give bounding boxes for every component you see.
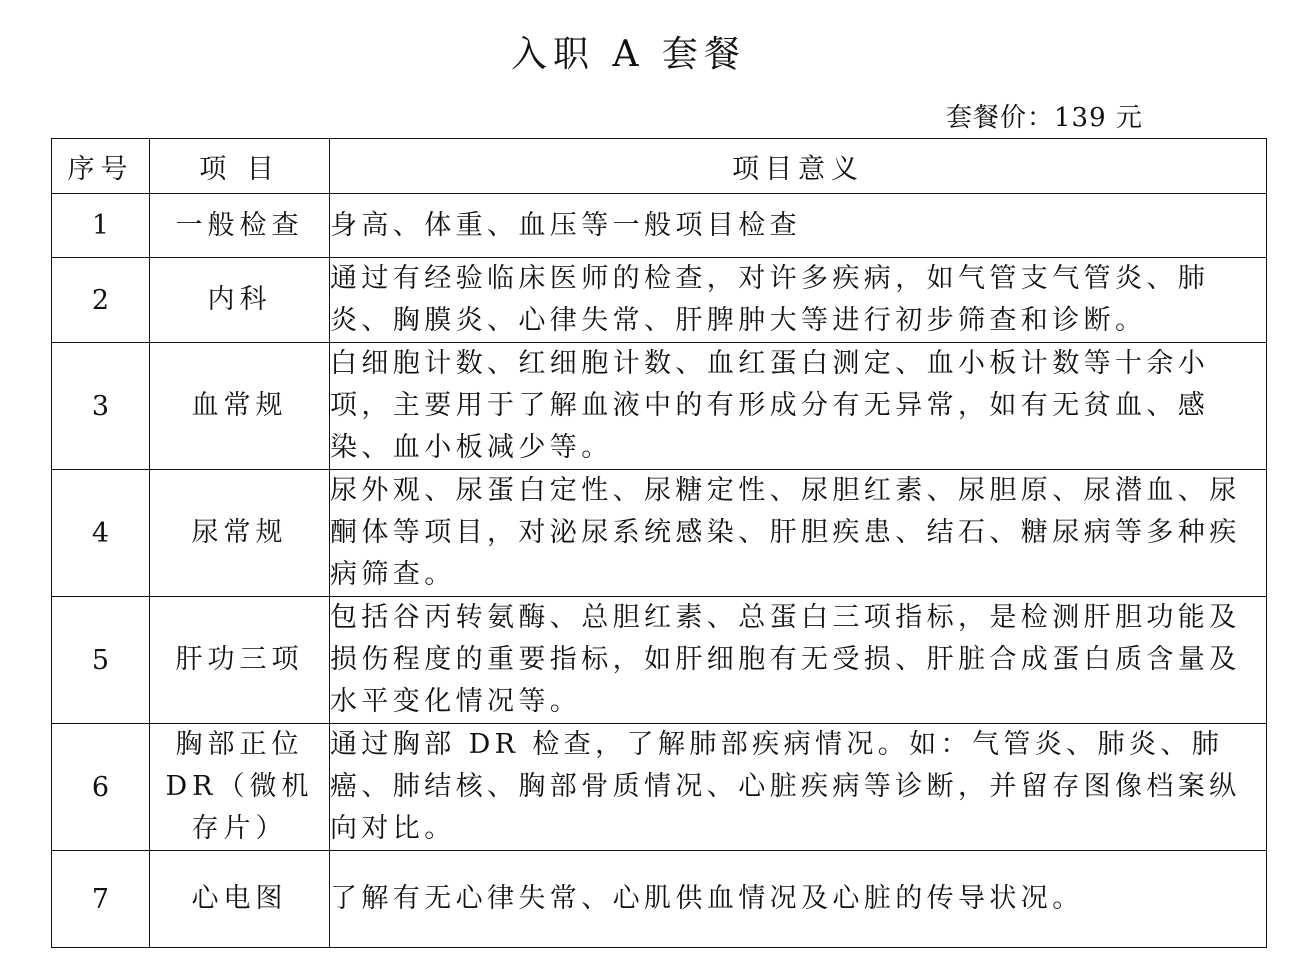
row-number: 5: [52, 597, 150, 724]
table-row: 2 内科 通过有经验临床医师的检查，对许多疾病，如气管支气管炎、肺炎、胸膜炎、心…: [52, 258, 1267, 343]
row-item-description: 尿外观、尿蛋白定性、尿糖定性、尿胆红素、尿胆原、尿潜血、尿酮体等项目，对泌尿系统…: [330, 470, 1267, 597]
row-number: 2: [52, 258, 150, 343]
row-number: 4: [52, 470, 150, 597]
package-items-table: 序号 项 目 项目意义 1 一般检查 身高、体重、血压等一般项目检查 2 内科 …: [51, 138, 1267, 948]
header-serial-number: 序号: [52, 139, 150, 194]
table-header-row: 序号 项 目 项目意义: [52, 139, 1267, 194]
row-item-name: 内科: [150, 258, 330, 343]
row-item-description: 通过胸部 DR 检查，了解肺部疾病情况。如：气管炎、肺炎、肺癌、肺结核、胸部骨质…: [330, 724, 1267, 851]
row-item-name: 心电图: [150, 851, 330, 948]
row-number: 3: [52, 343, 150, 470]
row-number: 7: [52, 851, 150, 948]
row-item-name: 肝功三项: [150, 597, 330, 724]
table-row: 1 一般检查 身高、体重、血压等一般项目检查: [52, 194, 1267, 258]
row-item-name: 尿常规: [150, 470, 330, 597]
row-item-description: 白细胞计数、红细胞计数、血红蛋白测定、血小板计数等十余小项，主要用于了解血液中的…: [330, 343, 1267, 470]
page-title: 入职 A 套餐: [0, 30, 1257, 80]
header-item-meaning: 项目意义: [330, 139, 1267, 194]
row-item-description: 了解有无心律失常、心肌供血情况及心脏的传导状况。: [330, 851, 1267, 948]
row-item-description: 包括谷丙转氨酶、总胆红素、总蛋白三项指标，是检测肝胆功能及损伤程度的重要指标，如…: [330, 597, 1267, 724]
row-item-description: 身高、体重、血压等一般项目检查: [330, 194, 1267, 258]
row-item-name: 血常规: [150, 343, 330, 470]
row-item-name: 一般检查: [150, 194, 330, 258]
row-item-name: 胸部正位DR（微机存片）: [150, 724, 330, 851]
header-item: 项 目: [150, 139, 330, 194]
package-price: 套餐价：139 元: [946, 100, 1143, 136]
table-row: 7 心电图 了解有无心律失常、心肌供血情况及心脏的传导状况。: [52, 851, 1267, 948]
table-row: 3 血常规 白细胞计数、红细胞计数、血红蛋白测定、血小板计数等十余小项，主要用于…: [52, 343, 1267, 470]
row-number: 6: [52, 724, 150, 851]
row-item-description: 通过有经验临床医师的检查，对许多疾病，如气管支气管炎、肺炎、胸膜炎、心律失常、肝…: [330, 258, 1267, 343]
table-row: 4 尿常规 尿外观、尿蛋白定性、尿糖定性、尿胆红素、尿胆原、尿潜血、尿酮体等项目…: [52, 470, 1267, 597]
table-row: 6 胸部正位DR（微机存片） 通过胸部 DR 检查，了解肺部疾病情况。如：气管炎…: [52, 724, 1267, 851]
row-number: 1: [52, 194, 150, 258]
table-row: 5 肝功三项 包括谷丙转氨酶、总胆红素、总蛋白三项指标，是检测肝胆功能及损伤程度…: [52, 597, 1267, 724]
